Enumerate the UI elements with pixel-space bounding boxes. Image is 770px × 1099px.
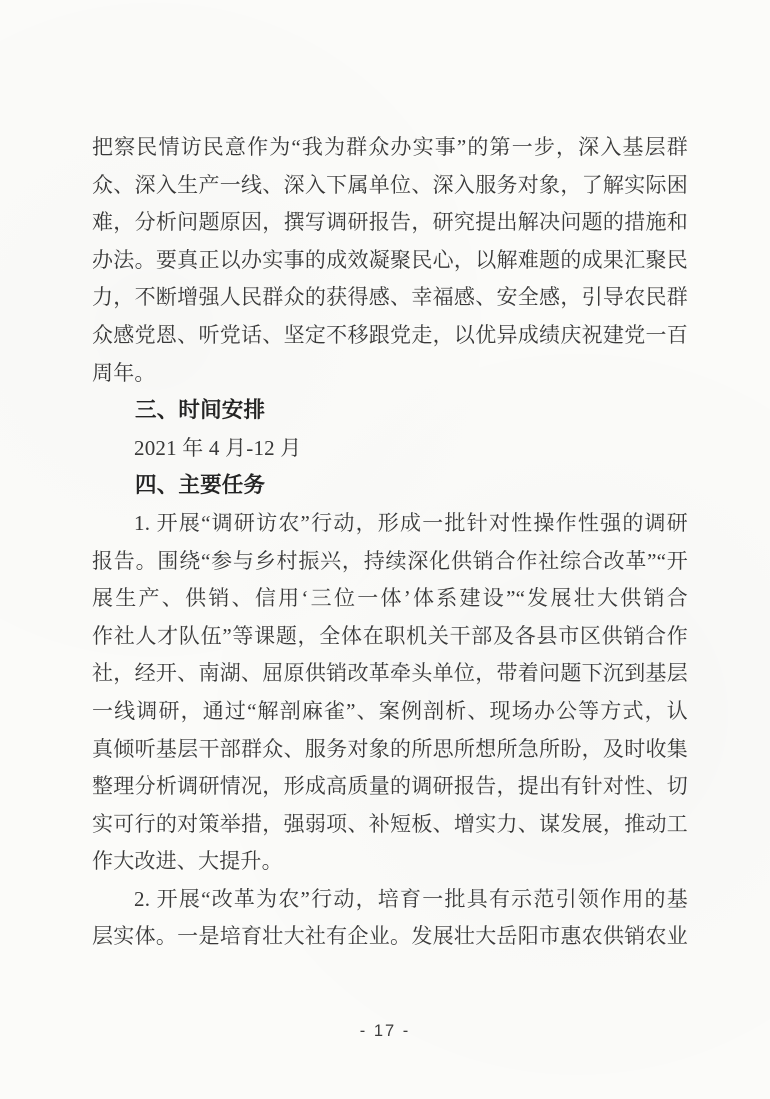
text-line: 众、深入生产一线、深入下属单位、深入服务对象，了解实际困 — [92, 167, 688, 205]
text-line: 整理分析调研情况，形成高质量的调研报告，提出有针对性、切 — [92, 768, 688, 806]
text-line: 众感党恩、听党话、坚定不移跟党走，以优异成绩庆祝建党一百 — [92, 317, 688, 355]
text-line: 一线调研，通过“解剖麻雀”、案例剖析、现场办公等方式，认 — [92, 693, 688, 731]
text-line: 周年。 — [92, 355, 688, 393]
section-heading-time-arrangement: 三、时间安排 — [92, 392, 688, 430]
text-line: 力，不断增强人民群众的获得感、幸福感、安全感，引导农民群 — [92, 279, 688, 317]
text-line: 真倾听基层干部群众、服务对象的所思所想所急所盼，及时收集 — [92, 731, 688, 769]
text-line: 办法。要真正以办实事的成效凝聚民心，以解难题的成果汇聚民 — [92, 242, 688, 280]
text-line: 社，经开、南湖、屈原供销改革牵头单位，带着问题下沉到基层 — [92, 655, 688, 693]
text-line: 难，分析问题原因，撰写调研报告，研究提出解决问题的措施和 — [92, 204, 688, 242]
date-range-line: 2021 年 4 月-12 月 — [92, 430, 688, 468]
document-body: 把察民情访民意作为“我为群众办实事”的第一步，深入基层群 众、深入生产一线、深入… — [92, 129, 688, 956]
text-line: 报告。围绕“参与乡村振兴，持续深化供销合作社综合改革”“开 — [92, 543, 688, 581]
text-line: 作社人才队伍”等课题，全体在职机关干部及各县市区供销合作 — [92, 618, 688, 656]
text-line: 展生产、供销、信用‘三位一体’体系建设”“发展壮大供销合 — [92, 580, 688, 618]
text-line: 实可行的对策举措，强弱项、补短板、增实力、谋发展，推动工 — [92, 806, 688, 844]
text-line: 层实体。一是培育壮大社有企业。发展壮大岳阳市惠农供销农业 — [92, 918, 688, 956]
page-number: - 17 - — [0, 1022, 770, 1041]
text-line: 把察民情访民意作为“我为群众办实事”的第一步，深入基层群 — [92, 129, 688, 167]
text-line: 作大改进、大提升。 — [92, 843, 688, 881]
text-line: 2. 开展“改革为农”行动，培育一批具有示范引领作用的基 — [92, 881, 688, 919]
section-heading-main-tasks: 四、主要任务 — [92, 467, 688, 505]
document-page: 把察民情访民意作为“我为群众办实事”的第一步，深入基层群 众、深入生产一线、深入… — [0, 0, 770, 1099]
text-line: 1. 开展“调研访农”行动，形成一批针对性操作性强的调研 — [92, 505, 688, 543]
